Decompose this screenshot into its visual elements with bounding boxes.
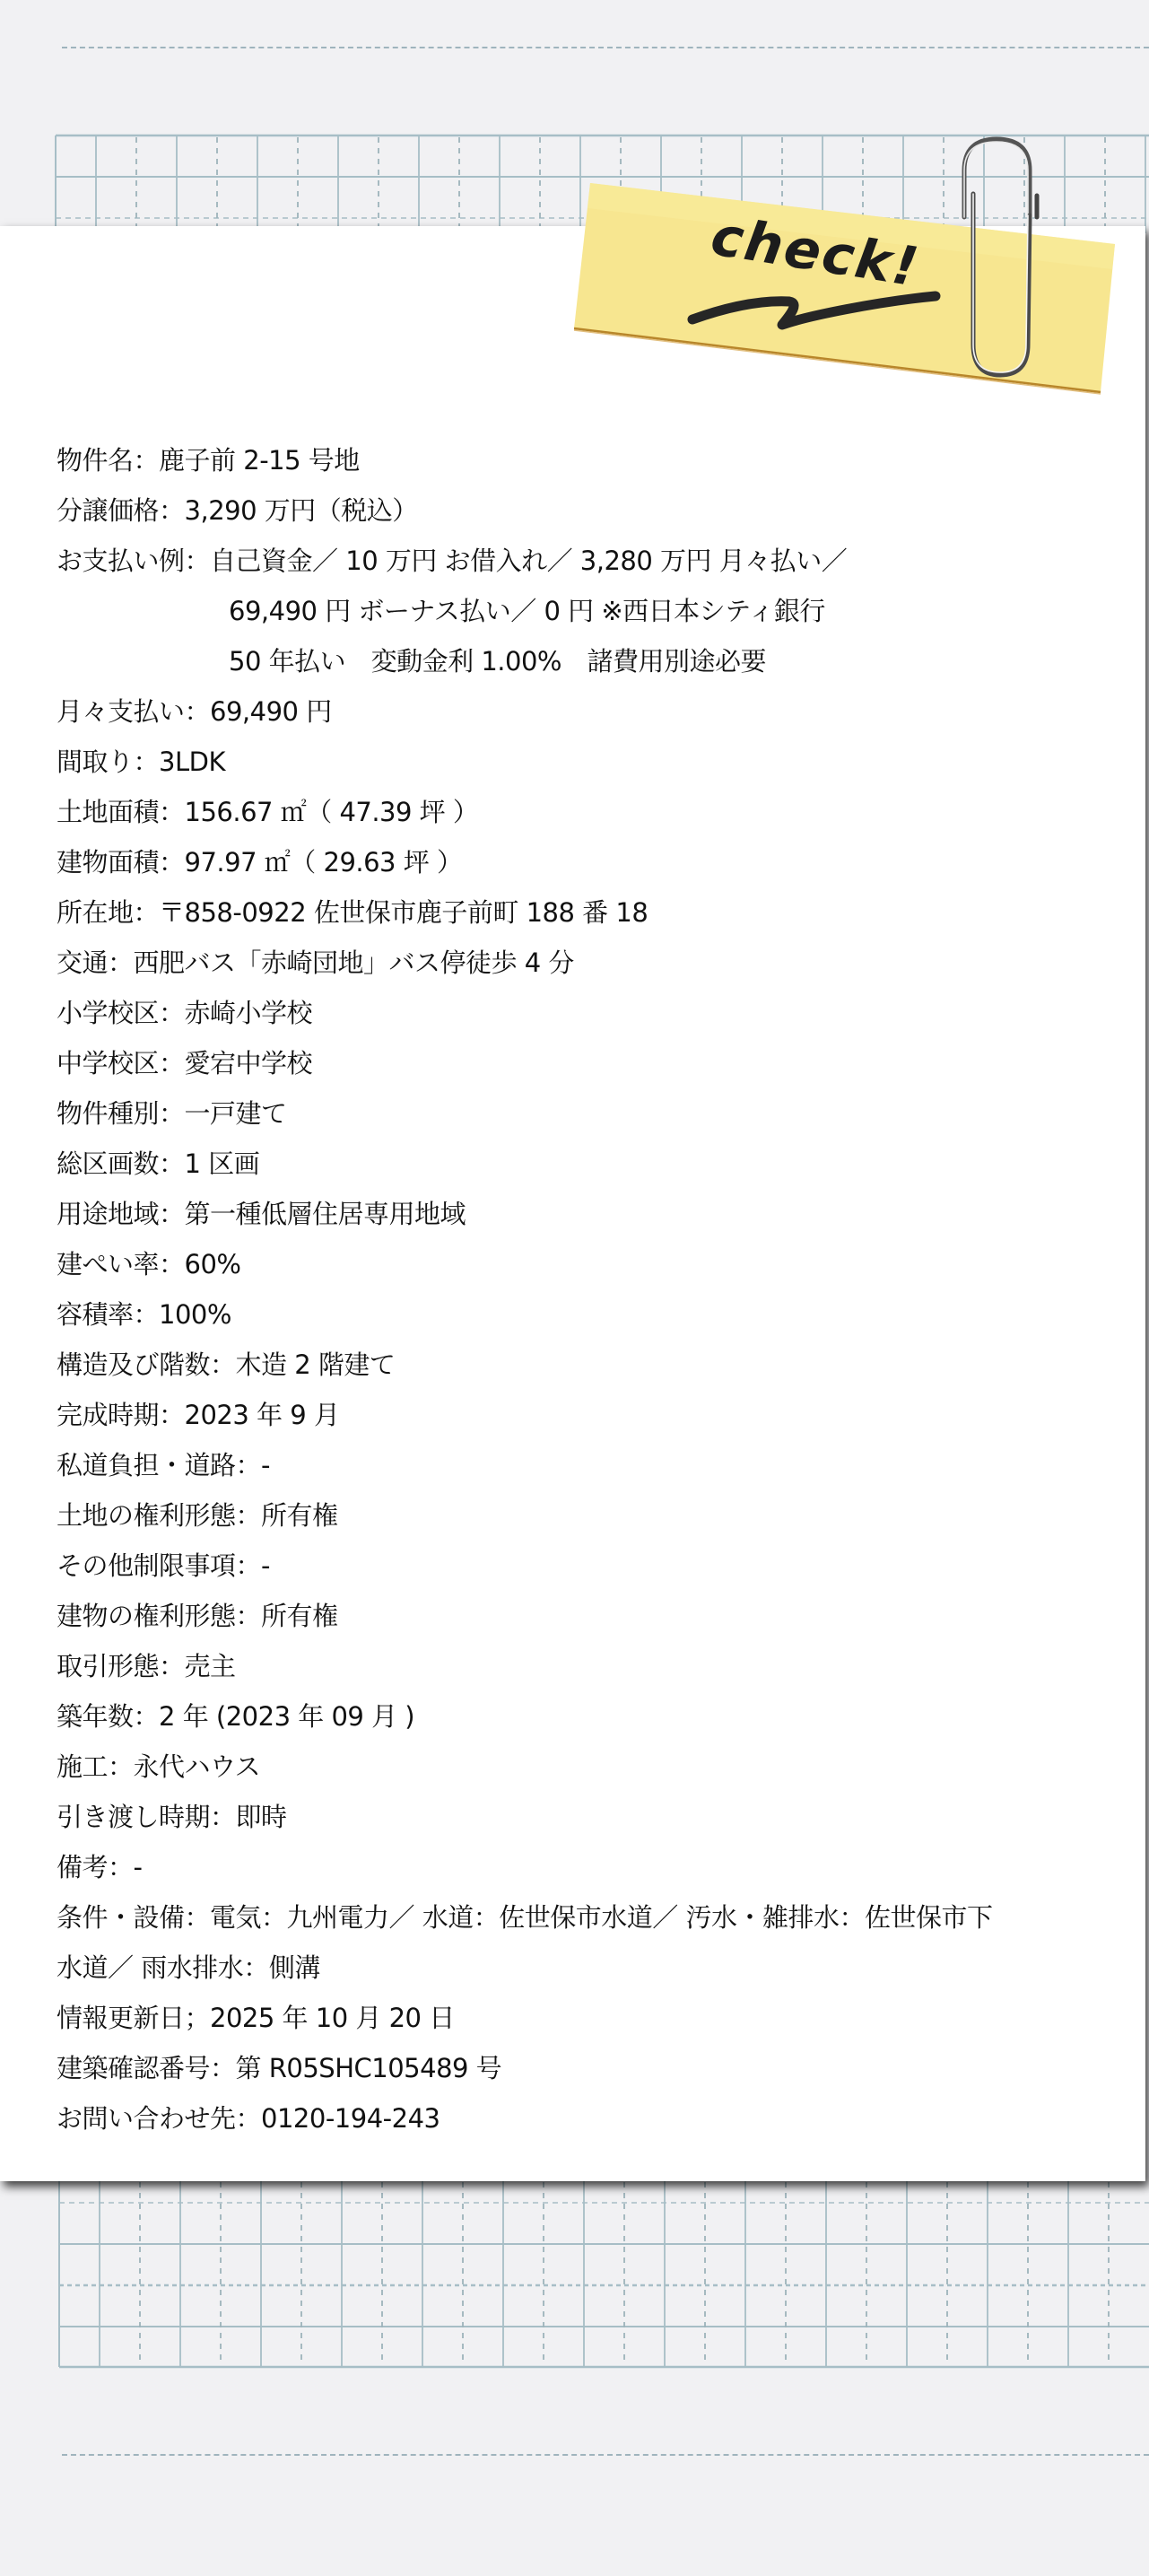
- spec-value: 水道／ 雨水排水：側溝: [57, 1952, 320, 1983]
- spec-separator: ：: [159, 1048, 185, 1078]
- spec-row-floor-area-ratio: 容積率：100%: [57, 1289, 1110, 1340]
- spec-separator: ：: [108, 1852, 134, 1882]
- spec-row-transaction-type: 取引形態：売主: [57, 1641, 1110, 1691]
- spec-separator: ：: [236, 1500, 262, 1531]
- spec-separator: ：: [134, 897, 160, 928]
- spec-value: 〒858-0922 佐世保市鹿子前町 188 番 18: [159, 897, 648, 928]
- spec-label: 条件・設備: [57, 1902, 185, 1933]
- spec-value: 所有権: [261, 1601, 338, 1631]
- spec-row-builder: 施工：永代ハウス: [57, 1742, 1110, 1792]
- spec-label: 建物の権利形態: [57, 1601, 236, 1631]
- spec-separator: ：: [159, 998, 185, 1028]
- spec-row-payment-example-cont-1: 69,490 円 ボーナス払い／ 0 円 ※西日本シティ銀行: [57, 586, 1110, 636]
- spec-separator: ：: [159, 495, 185, 526]
- spec-label: 建築確認番号: [57, 2053, 210, 2083]
- spec-separator: ：: [159, 847, 185, 878]
- spec-row-handover: 引き渡し時期：即時: [57, 1792, 1110, 1842]
- spec-label: 分譲価格: [57, 495, 159, 526]
- spec-separator: ：: [159, 1098, 185, 1129]
- spec-row-other-restrictions: その他制限事項：-: [57, 1541, 1110, 1591]
- spec-value: 所有権: [261, 1500, 338, 1531]
- spec-separator: ：: [210, 1802, 236, 1832]
- spec-separator: ：: [159, 797, 185, 827]
- spec-value: 3,290 万円（税込）: [185, 495, 418, 526]
- spec-value: 永代ハウス: [134, 1751, 261, 1782]
- spec-label: お支払い例: [57, 546, 185, 576]
- spec-separator: ：: [159, 1199, 185, 1229]
- spec-label: 土地の権利形態: [57, 1500, 236, 1531]
- spec-row-building-area: 建物面積：97.97 ㎡（ 29.63 坪 ）: [57, 837, 1110, 887]
- spec-value: 2023 年 9 月: [185, 1400, 340, 1430]
- spec-row-zoning: 用途地域：第一種低層住居専用地域: [57, 1189, 1110, 1239]
- spec-value: 2025 年 10 月 20 日: [210, 2003, 455, 2033]
- spec-value: 赤崎小学校: [185, 998, 313, 1028]
- spec-row-conditions-facilities: 条件・設備：電気：九州電力／ 水道：佐世保市水道／ 汚水・雑排水：佐世保市下: [57, 1892, 1110, 1943]
- spec-label: 取引形態: [57, 1651, 159, 1681]
- spec-separator: ：: [159, 1400, 185, 1430]
- spec-label: 私道負担・道路: [57, 1450, 236, 1480]
- spec-label: 施工: [57, 1751, 108, 1782]
- spec-value: 1 区画: [185, 1148, 260, 1179]
- spec-value: -: [261, 1550, 270, 1581]
- spec-value: 0120-194-243: [261, 2103, 440, 2134]
- spec-row-payment-example: お支払い例：自己資金／ 10 万円 お借入れ／ 3,280 万円 月々払い／: [57, 536, 1110, 586]
- spec-row-conditions-facilities-wrap: 水道／ 雨水排水：側溝: [57, 1943, 1110, 1993]
- spec-row-structure: 構造及び階数：木造 2 階建て: [57, 1340, 1110, 1390]
- spec-value: 木造 2 階建て: [236, 1349, 396, 1380]
- spec-separator: ：: [134, 747, 160, 777]
- spec-separator: ：: [185, 696, 211, 727]
- spec-row-land-area: 土地面積：156.67 ㎡（ 47.39 坪 ）: [57, 787, 1110, 837]
- spec-separator: ：: [236, 1550, 262, 1581]
- spec-row-address: 所在地：〒858-0922 佐世保市鹿子前町 188 番 18: [57, 887, 1110, 938]
- spec-value: 100%: [159, 1299, 231, 1330]
- spec-separator: ：: [185, 546, 211, 576]
- spec-label: 引き渡し時期: [57, 1802, 210, 1832]
- spec-label: 月々支払い: [57, 696, 185, 727]
- spec-value: 愛宕中学校: [185, 1048, 313, 1078]
- spec-row-property-type: 物件種別：一戸建て: [57, 1088, 1110, 1139]
- spec-label: 容積率: [57, 1299, 134, 1330]
- spec-separator: ：: [236, 2103, 262, 2134]
- spec-row-contact: お問い合わせ先：0120-194-243: [57, 2093, 1110, 2144]
- spec-label: 所在地: [57, 897, 134, 928]
- spec-row-property-name: 物件名：鹿子前 2-15 号地: [57, 435, 1110, 485]
- spec-separator: ：: [134, 1299, 160, 1330]
- spec-label: 備考: [57, 1852, 108, 1882]
- spec-row-monthly-payment: 月々支払い：69,490 円: [57, 686, 1110, 737]
- spec-value: 一戸建て: [185, 1098, 287, 1129]
- bottom-grid-paper: [0, 2171, 1149, 2378]
- spec-separator: ：: [108, 947, 134, 978]
- spec-row-junior-high-school: 中学校区：愛宕中学校: [57, 1038, 1110, 1088]
- spec-label: 交通: [57, 947, 108, 978]
- spec-value: 156.67 ㎡（ 47.39 坪 ）: [185, 797, 479, 827]
- spec-separator: ：: [210, 1349, 236, 1380]
- spec-separator: ：: [236, 1601, 262, 1631]
- spec-label: 用途地域: [57, 1199, 159, 1229]
- spec-separator: ：: [159, 1148, 185, 1179]
- spec-value: 2 年 (2023 年 09 月 ): [159, 1701, 414, 1732]
- spec-label: お問い合わせ先: [57, 2103, 236, 2134]
- spec-label: 構造及び階数: [57, 1349, 210, 1380]
- spec-separator: ：: [159, 1651, 185, 1681]
- spec-separator: ：: [236, 1450, 262, 1480]
- spec-value: 69,490 円 ボーナス払い／ 0 円 ※西日本シティ銀行: [229, 596, 825, 626]
- spec-label: 間取り: [57, 747, 134, 777]
- spec-row-access: 交通：西肥バス「赤崎団地」バス停徒歩 4 分: [57, 938, 1110, 988]
- spec-row-layout: 間取り：3LDK: [57, 737, 1110, 787]
- bottom-dotted-rule: [62, 2454, 1149, 2456]
- spec-label: 建ぺい率: [57, 1249, 159, 1279]
- spec-label: 情報更新日: [57, 2003, 185, 2033]
- spec-row-land-rights: 土地の権利形態：所有権: [57, 1490, 1110, 1541]
- spec-row-total-lots: 総区画数：1 区画: [57, 1139, 1110, 1189]
- spec-row-payment-example-cont-2: 50 年払い 変動金利 1.00% 諸費用別途必要: [57, 636, 1110, 686]
- spec-row-price: 分譲価格：3,290 万円（税込）: [57, 485, 1110, 536]
- spec-label: 小学校区: [57, 998, 159, 1028]
- spec-value: 第一種低層住居専用地域: [185, 1199, 466, 1229]
- property-spec-list: 物件名：鹿子前 2-15 号地 分譲価格：3,290 万円（税込） お支払い例：…: [57, 435, 1110, 2144]
- spec-value: 電気：九州電力／ 水道：佐世保市水道／ 汚水・雑排水：佐世保市下: [210, 1902, 992, 1933]
- spec-value: 鹿子前 2-15 号地: [159, 445, 360, 476]
- spec-value: 97.97 ㎡（ 29.63 坪 ）: [185, 847, 463, 878]
- spec-value: 50 年払い 変動金利 1.00% 諸費用別途必要: [229, 646, 766, 677]
- spec-label: 物件種別: [57, 1098, 159, 1129]
- spec-row-elementary-school: 小学校区：赤崎小学校: [57, 988, 1110, 1038]
- paper-sheet: 物件名：鹿子前 2-15 号地 分譲価格：3,290 万円（税込） お支払い例：…: [0, 226, 1145, 2181]
- spec-label: 物件名: [57, 445, 134, 476]
- spec-value: 第 R05SHC105489 号: [236, 2053, 502, 2083]
- spec-label: 建物面積: [57, 847, 159, 878]
- spec-separator: ：: [134, 445, 160, 476]
- spec-row-info-updated: 情報更新日；2025 年 10 月 20 日: [57, 1993, 1110, 2043]
- spec-value: 売主: [185, 1651, 236, 1681]
- spec-value: 69,490 円: [210, 696, 332, 727]
- top-grid-paper: [0, 0, 1149, 233]
- spec-label: 中学校区: [57, 1048, 159, 1078]
- spec-row-coverage-ratio: 建ぺい率：60%: [57, 1239, 1110, 1289]
- spec-label: 総区画数: [57, 1148, 159, 1179]
- spec-row-remarks: 備考：-: [57, 1842, 1110, 1892]
- spec-row-building-age: 築年数：2 年 (2023 年 09 月 ): [57, 1691, 1110, 1742]
- spec-separator: ；: [185, 2003, 211, 2033]
- spec-value: -: [261, 1450, 270, 1480]
- spec-label: 土地面積: [57, 797, 159, 827]
- spec-separator: ：: [134, 1701, 160, 1732]
- spec-label: 完成時期: [57, 1400, 159, 1430]
- spec-row-building-rights: 建物の権利形態：所有権: [57, 1591, 1110, 1641]
- spec-label: 築年数: [57, 1701, 134, 1732]
- spec-value: 西肥バス「赤崎団地」バス停徒歩 4 分: [134, 947, 574, 978]
- spec-separator: ：: [108, 1751, 134, 1782]
- spec-value: 60%: [185, 1249, 241, 1279]
- spec-separator: ：: [159, 1249, 185, 1279]
- spec-value: 3LDK: [159, 747, 225, 777]
- spec-value: -: [134, 1852, 143, 1882]
- spec-label: その他制限事項: [57, 1550, 236, 1581]
- spec-value: 即時: [236, 1802, 287, 1832]
- spec-separator: ：: [185, 1902, 211, 1933]
- spec-row-building-confirmation-no: 建築確認番号：第 R05SHC105489 号: [57, 2043, 1110, 2093]
- spec-separator: ：: [210, 2053, 236, 2083]
- spec-row-completion-date: 完成時期：2023 年 9 月: [57, 1390, 1110, 1440]
- spec-row-private-road: 私道負担・道路：-: [57, 1440, 1110, 1490]
- spec-value: 自己資金／ 10 万円 お借入れ／ 3,280 万円 月々払い／: [210, 546, 847, 576]
